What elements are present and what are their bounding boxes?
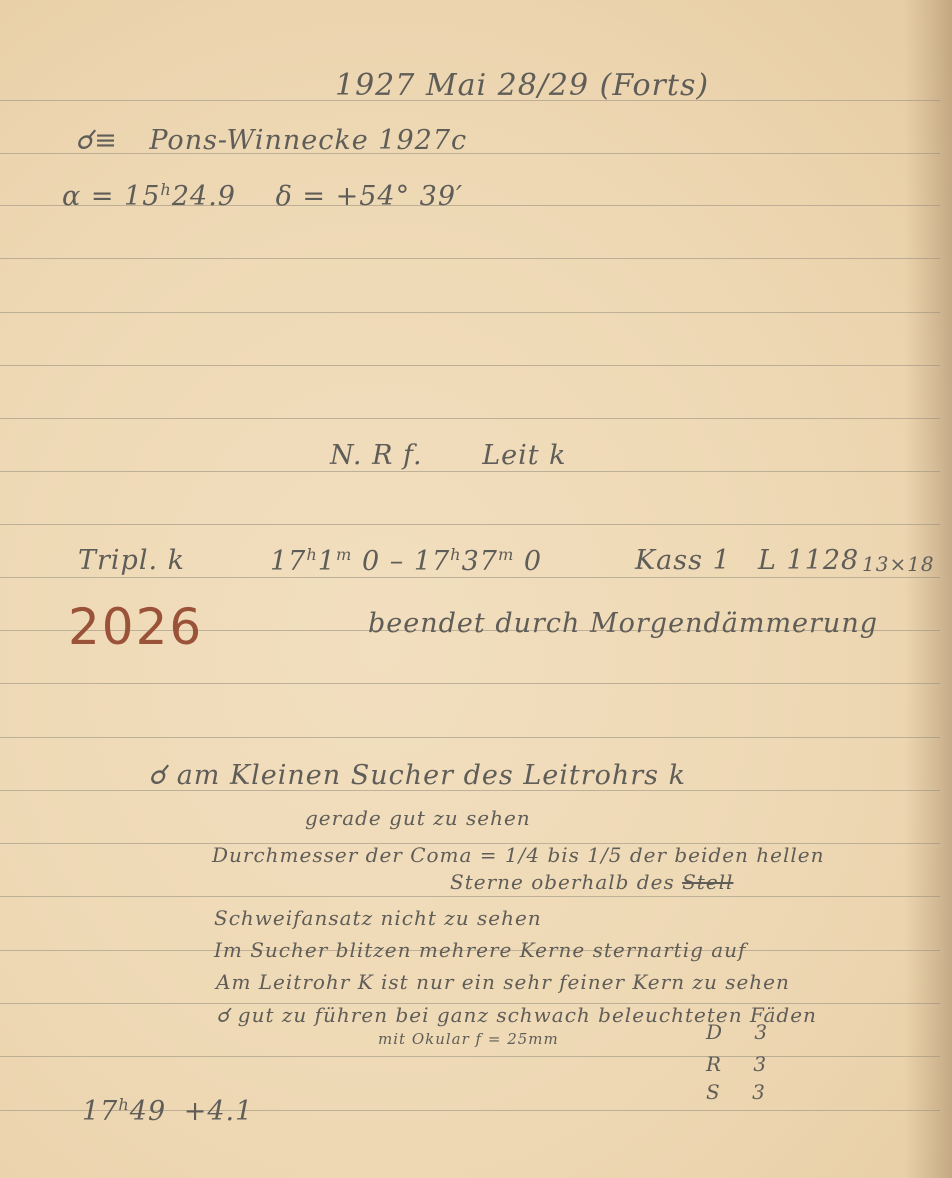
comet-symbol: ☌≡ (75, 125, 118, 156)
note-line-4-text: Sterne oberhalb des (450, 870, 675, 894)
delta-value: +54° 39′ (336, 181, 464, 212)
rating-value: 3 (754, 1020, 768, 1044)
ruled-line (0, 524, 940, 525)
instrument-label: Tripl. k (78, 545, 185, 576)
note-line-1: ☌ am Kleinen Sucher des Leitrohrs k (148, 760, 686, 791)
coordinates-line: α = 15h24.9 δ = +54° 39′ (62, 180, 463, 212)
guide-leit: Leit k (482, 440, 566, 471)
delta-label: δ = (276, 181, 326, 212)
ruled-line (0, 1056, 940, 1057)
guide-label: N. R f. (330, 440, 423, 471)
date-heading: 1927 Mai 28/29 (Forts) (335, 68, 709, 103)
rating-letter: R (706, 1052, 722, 1076)
ruled-line (0, 312, 940, 313)
end-minutes: 37 (462, 546, 498, 577)
rating-value: 3 (752, 1080, 766, 1104)
start-seconds: 0 (362, 546, 380, 577)
plate-size: 13×18 (862, 552, 935, 576)
end-seconds: 0 (524, 546, 542, 577)
alpha-hour-mark: h (160, 180, 171, 199)
object-line: ☌≡ Pons-Winnecke 1927c (75, 125, 467, 156)
exposure-time: 17h1m 0 – 17h37m 0 (270, 545, 542, 577)
ruled-line (0, 471, 940, 472)
end-hours: 17 (414, 546, 450, 577)
ruled-line (0, 737, 940, 738)
rating-value: 3 (753, 1052, 767, 1076)
note-line-9: mit Okular f = 25mm (378, 1030, 559, 1048)
footer-temperature: +4.1 (184, 1096, 254, 1127)
note-line-5: Schweifansatz nicht zu sehen (214, 906, 542, 930)
footer-minutes: 49 (130, 1096, 166, 1127)
ruled-line (0, 683, 940, 684)
alpha-label: α = (62, 181, 114, 212)
rating-row: D 3 (706, 1020, 768, 1044)
note-line-2: gerade gut zu sehen (305, 806, 531, 830)
time-separator: – (390, 546, 405, 577)
note-line-3: Durchmesser der Coma = 1/4 bis 1/5 der b… (212, 843, 825, 867)
ruled-line (0, 365, 940, 366)
guide-line: N. R f. Leit k (330, 440, 567, 471)
rating-row: S 3 (706, 1080, 766, 1104)
object-name: Pons-Winnecke 1927c (149, 125, 467, 156)
footer-time-temp: 17h49 +4.1 (82, 1095, 253, 1127)
plate-number: 2026 (68, 598, 203, 656)
start-minutes: 1 (318, 546, 336, 577)
ruled-line (0, 258, 940, 259)
alpha-minutes: 24.9 (172, 181, 236, 212)
struck-word: Stell (682, 870, 733, 894)
start-hours: 17 (270, 546, 306, 577)
exposure-note: beendet durch Morgendämmerung (368, 608, 878, 639)
note-line-4: Sterne oberhalb des Stell (450, 870, 733, 894)
rating-letter: S (706, 1080, 721, 1104)
cassette-label: Kass 1 (635, 545, 731, 576)
notebook-page: 1927 Mai 28/29 (Forts) ☌≡ Pons-Winnecke … (0, 0, 952, 1178)
ruled-line (0, 577, 940, 578)
ruled-line (0, 418, 940, 419)
note-line-7: Am Leitrohr K ist nur ein sehr feiner Ke… (216, 970, 790, 994)
rating-letter: D (706, 1020, 723, 1044)
plate-id: L 1128 (758, 545, 859, 576)
ruled-line (0, 896, 940, 897)
alpha-hours: 15 (124, 181, 160, 212)
footer-hour-mark: h (118, 1095, 129, 1114)
note-line-6: Im Sucher blitzen mehrere Kerne sternart… (214, 938, 746, 962)
footer-hours: 17 (82, 1096, 118, 1127)
rating-row: R 3 (706, 1052, 767, 1076)
